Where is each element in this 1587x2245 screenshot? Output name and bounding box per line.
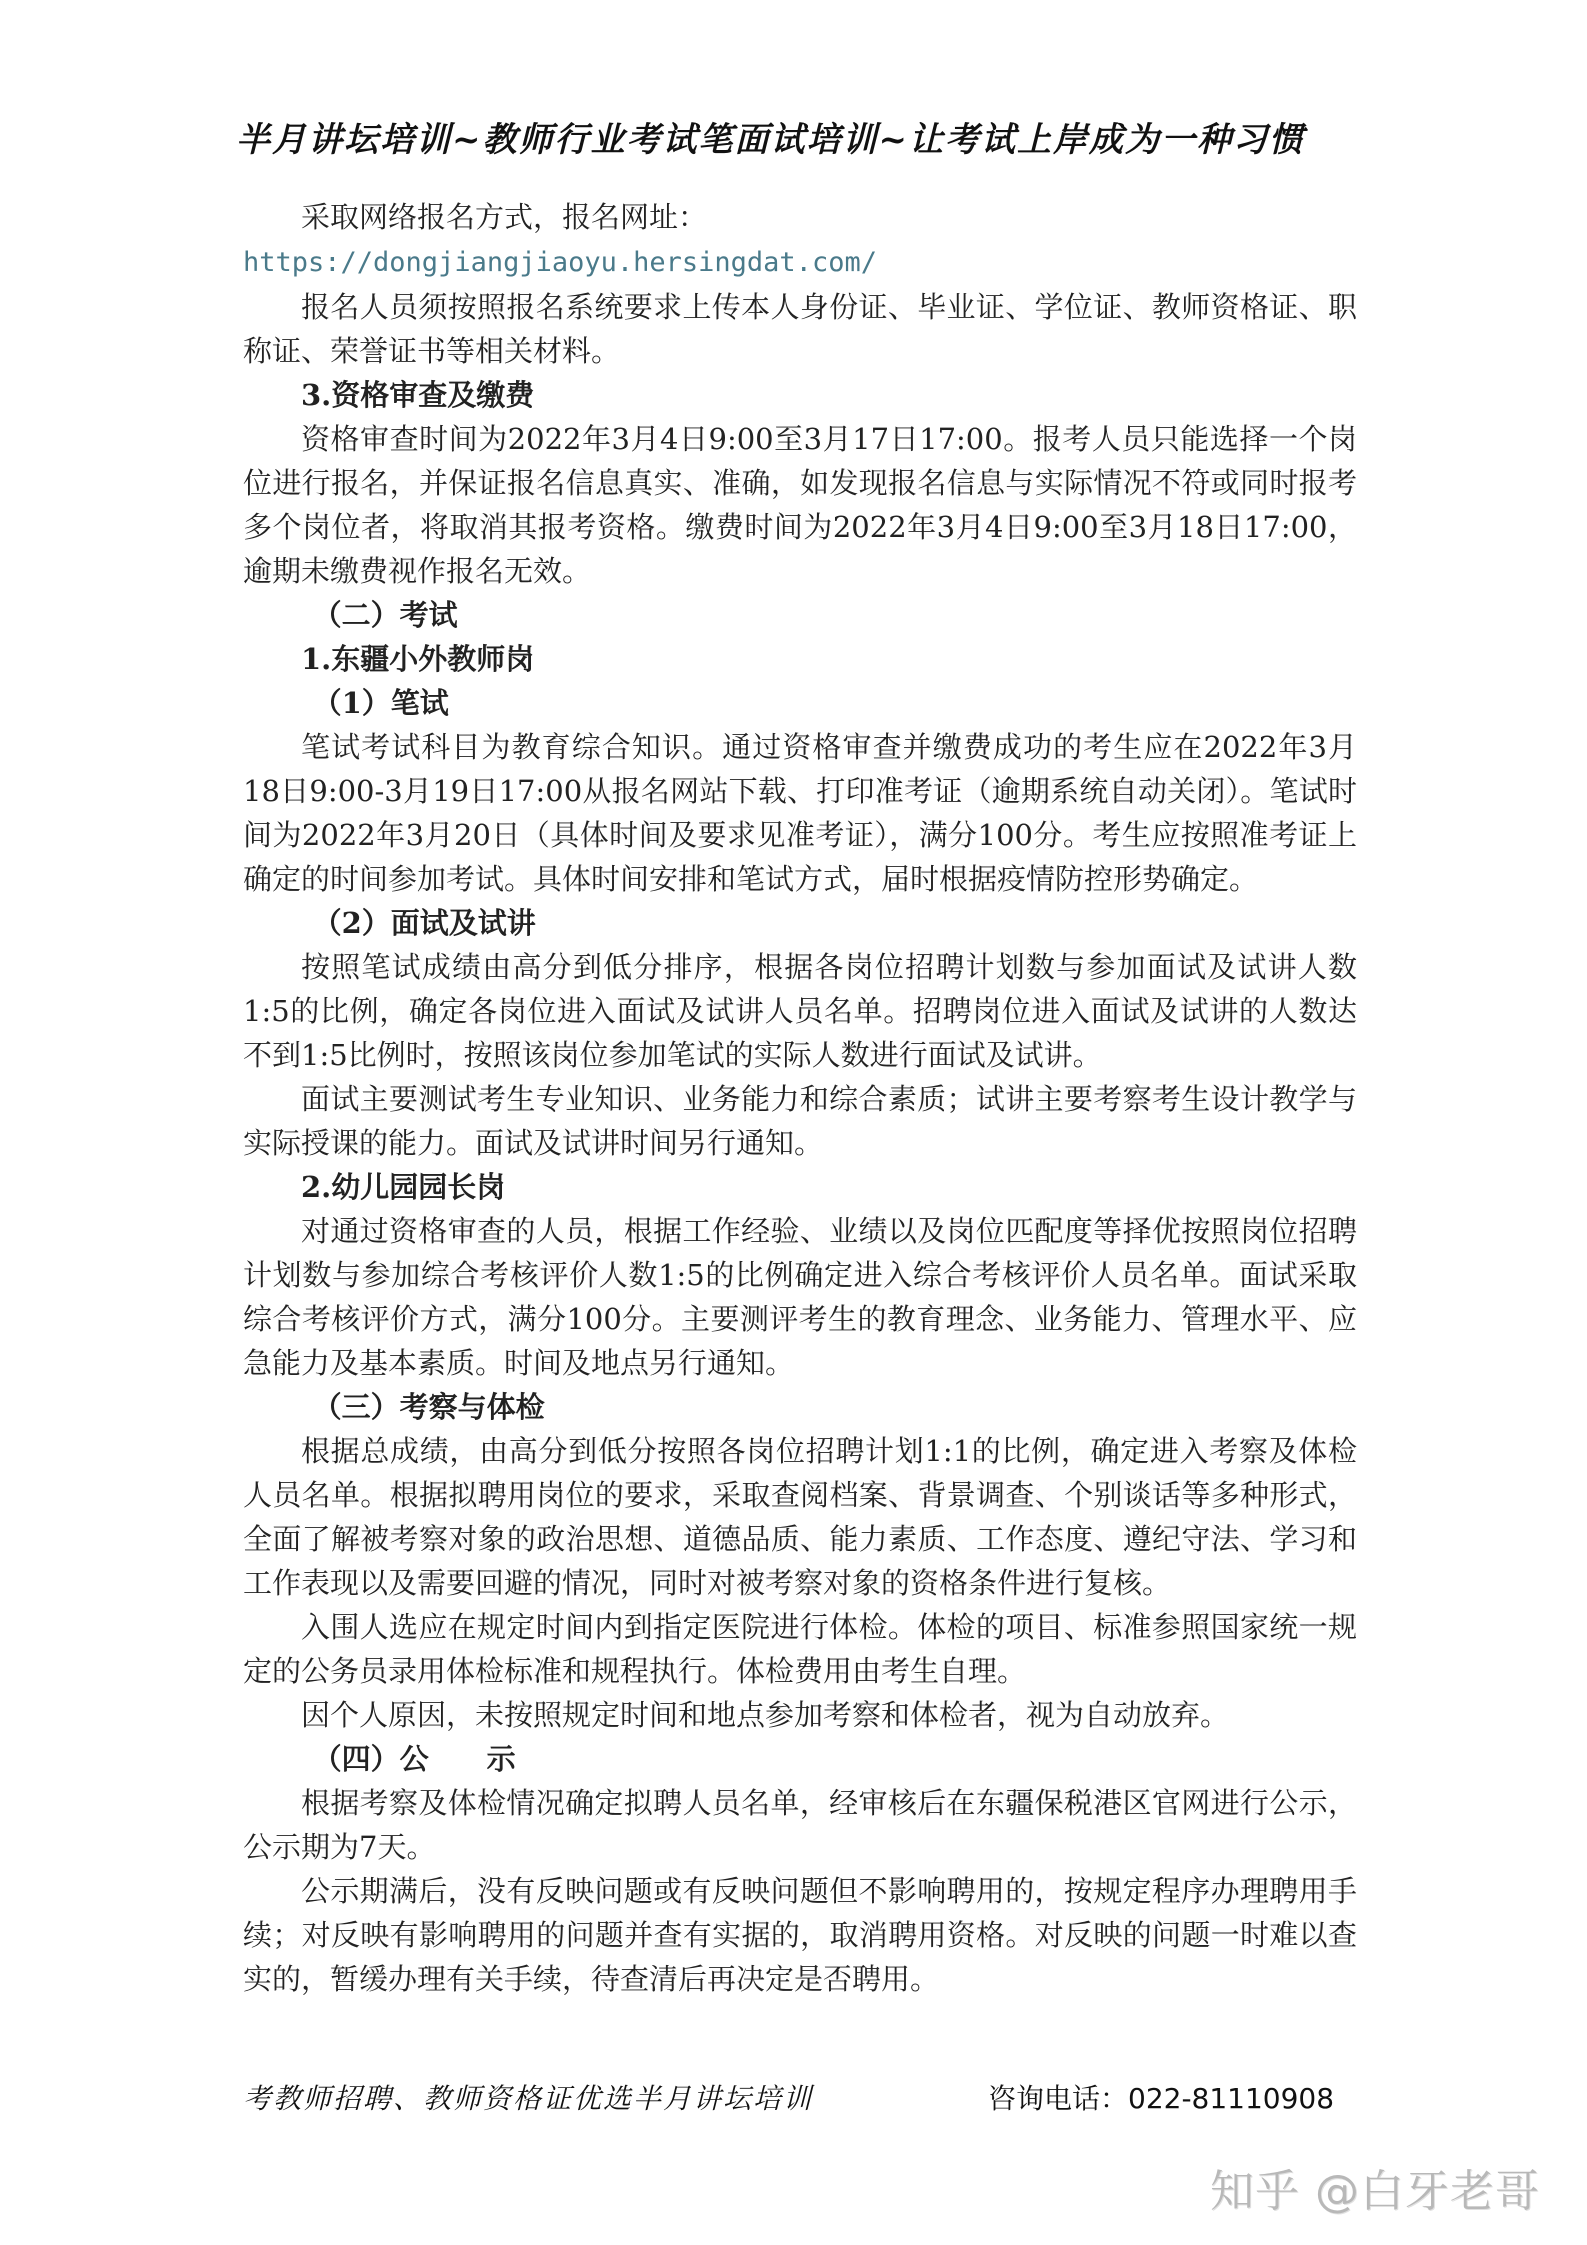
- banner-header: 半月讲坛培训~教师行业考试笔面试培训~让考试上岸成为一种习惯: [236, 112, 1356, 161]
- part-inspection-title: （三）考察与体检: [243, 1385, 1357, 1429]
- written-exam-title: （1）笔试: [243, 681, 1357, 725]
- job2-body: 对通过资格审查的人员，根据工作经验、业绩以及岗位匹配度等择优按照岗位招聘计划数与…: [243, 1209, 1357, 1385]
- zhihu-watermark: 知乎 @白牙老哥: [1210, 2155, 1540, 2219]
- job2-title: 2.幼儿园园长岗: [243, 1165, 1357, 1209]
- footer-slogan: 考教师招聘、教师资格证优选半月讲坛培训: [243, 2082, 813, 2115]
- section-qualification-title: 3.资格审查及缴费: [243, 373, 1357, 417]
- interview-body-2: 面试主要测试考生专业知识、业务能力和综合素质；试讲主要考察考生设计教学与实际授课…: [243, 1077, 1357, 1165]
- publicity-body-2: 公示期满后，没有反映问题或有反映问题但不影响聘用的，按规定程序办理聘用手续；对反…: [243, 1869, 1357, 2001]
- inspection-body-3: 因个人原因，未按照规定时间和地点参加考察和体检者，视为自动放弃。: [243, 1693, 1357, 1737]
- registration-materials: 报名人员须按照报名系统要求上传本人身份证、毕业证、学位证、教师资格证、职称证、荣…: [243, 285, 1357, 373]
- interview-title: （2）面试及试讲: [243, 901, 1357, 945]
- section-qualification-body: 资格审查时间为2022年3月4日9:00至3月17日17:00。报考人员只能选择…: [243, 417, 1357, 593]
- document-body: 采取网络报名方式，报名网址： https://dongjiangjiaoyu.h…: [243, 195, 1357, 2001]
- footer-phone: 咨询电话：022-81110908: [988, 2077, 1334, 2117]
- page-footer: 考教师招聘、教师资格证优选半月讲坛培训 咨询电话：022-81110908: [243, 2077, 1373, 2117]
- interview-body-1: 按照笔试成绩由高分到低分排序，根据各岗位招聘计划数与参加面试及试讲人数1:5的比…: [243, 945, 1357, 1077]
- registration-intro: 采取网络报名方式，报名网址：: [243, 195, 1357, 239]
- inspection-body-2: 入围人选应在规定时间内到指定医院进行体检。体检的项目、标准参照国家统一规定的公务…: [243, 1605, 1357, 1693]
- registration-url-line: https://dongjiangjiaoyu.hersingdat.com/: [243, 239, 1357, 285]
- written-exam-body: 笔试考试科目为教育综合知识。通过资格审查并缴费成功的考生应在2022年3月18日…: [243, 725, 1357, 901]
- job1-title: 1.东疆小外教师岗: [243, 637, 1357, 681]
- registration-url-link[interactable]: https://dongjiangjiaoyu.hersingdat.com/: [243, 247, 877, 278]
- inspection-body-1: 根据总成绩，由高分到低分按照各岗位招聘计划1:1的比例，确定进入考察及体检人员名…: [243, 1429, 1357, 1605]
- publicity-body-1: 根据考察及体检情况确定拟聘人员名单，经审核后在东疆保税港区官网进行公示，公示期为…: [243, 1781, 1357, 1869]
- part-publicity-title: （四）公 示: [243, 1737, 1357, 1781]
- part-exam-title: （二）考试: [243, 593, 1357, 637]
